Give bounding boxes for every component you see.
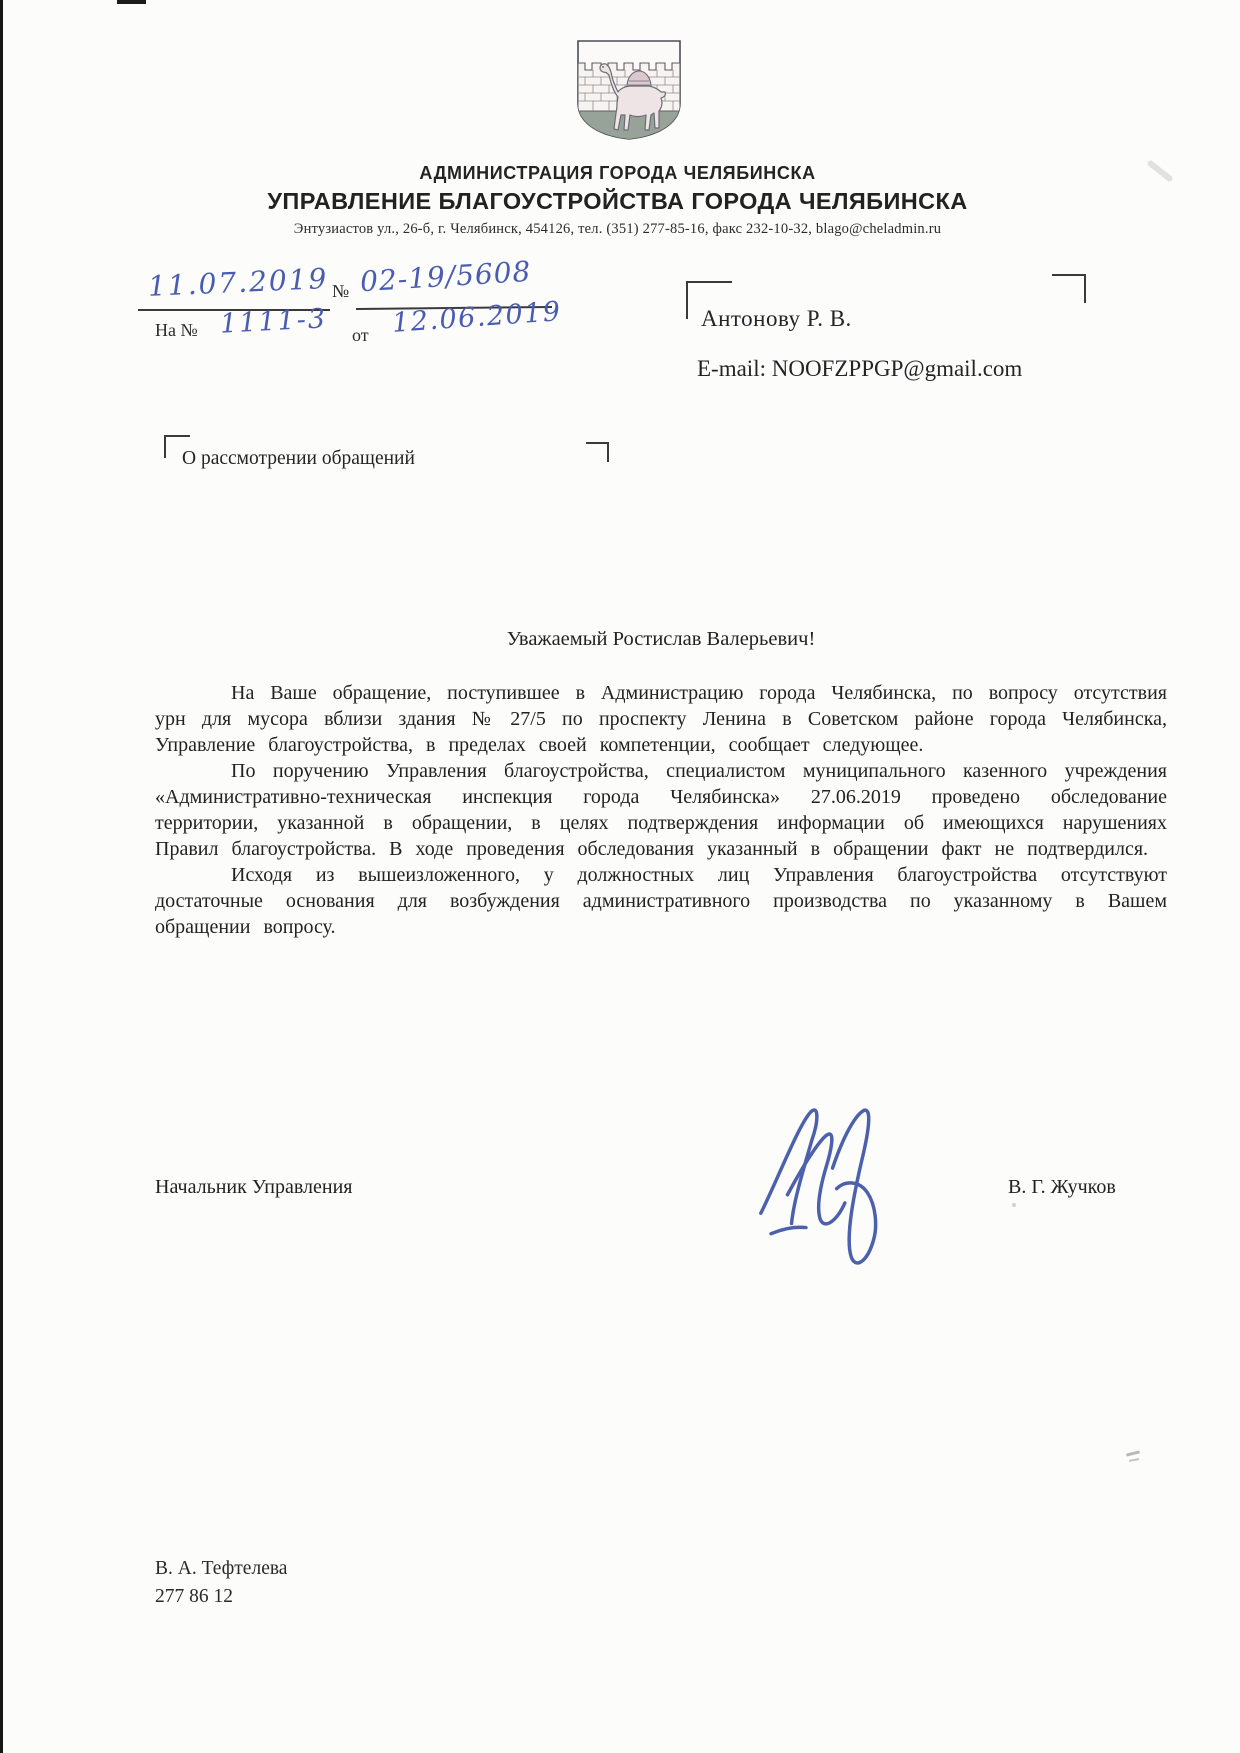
subject-corner-mark-right: [586, 442, 609, 462]
handwritten-signature-icon: [742, 1082, 917, 1287]
handwritten-reply-date: 12.06.2019: [391, 296, 562, 339]
org-address-line: Энтузиастов ул., 26-б, г. Челябинск, 454…: [60, 221, 1175, 238]
org-name-line2: УПРАВЛЕНИЕ БЛАГОУСТРОЙСТВА ГОРОДА ЧЕЛЯБИ…: [60, 188, 1175, 215]
org-name-line1: АДМИНИСТРАЦИЯ ГОРОДА ЧЕЛЯБИНСКА: [60, 163, 1175, 184]
salutation: Уважаемый Ростислав Валерьевич!: [155, 628, 1167, 651]
paragraph-3: Исходя из вышеизложенного, у должностных…: [155, 862, 1167, 940]
scanned-letter-page: АДМИНИСТРАЦИЯ ГОРОДА ЧЕЛЯБИНСКА УПРАВЛЕН…: [0, 0, 1240, 1753]
recipient-name: Антонову Р. В.: [701, 306, 852, 332]
paragraph-2: По поручению Управления благоустройства,…: [155, 758, 1167, 862]
letterhead: АДМИНИСТРАЦИЯ ГОРОДА ЧЕЛЯБИНСКА УПРАВЛЕН…: [60, 163, 1175, 238]
letter-body: На Ваше обращение, поступившее в Админис…: [155, 680, 1167, 940]
handwritten-outgoing-number: 02-19/5608: [359, 255, 532, 298]
scan-edge-artifact: [0, 0, 3, 1753]
scan-speck-artifact: [1126, 1450, 1140, 1456]
recipient-corner-mark-right: [1052, 274, 1086, 303]
handwritten-outgoing-date: 11.07.2019: [147, 262, 329, 303]
subject-line: О рассмотрении обращений: [182, 448, 415, 470]
chelyabinsk-coat-of-arms-icon: [573, 36, 685, 144]
scan-mark-artifact: [117, 0, 146, 4]
paragraph-1: На Ваше обращение, поступившее в Админис…: [155, 680, 1167, 758]
scan-speck-artifact: [1129, 1458, 1139, 1462]
executor-name: В. А. Тефтелева: [155, 1558, 287, 1580]
from-label: от: [352, 325, 369, 346]
executor-phone: 277 86 12: [155, 1586, 233, 1608]
signer-name: В. Г. Жучков: [1008, 1176, 1116, 1199]
signer-position: Начальник Управления: [155, 1176, 352, 1199]
handwritten-reply-number: 1111-3: [219, 303, 327, 340]
reply-to-label: На №: [155, 320, 198, 341]
recipient-email: E-mail: NOOFZPPGP@gmail.com: [697, 356, 1022, 382]
scan-speck-artifact: [1012, 1203, 1016, 1207]
number-sign-label: №: [332, 281, 349, 302]
